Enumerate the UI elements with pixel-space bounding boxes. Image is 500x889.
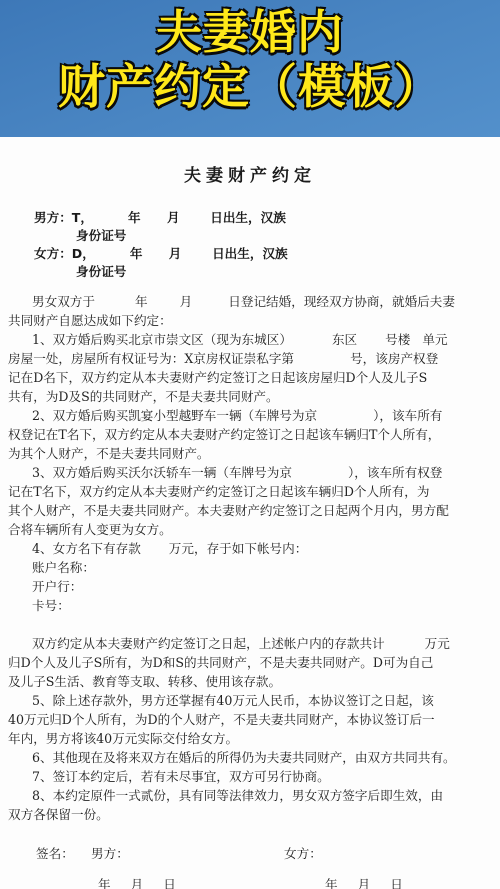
document-page: 夫妻财产约定 男方：T， 年 月 日出生，汉族 身份证号 女方：D， 年 月 日… (0, 137, 500, 889)
body-line: 2、双方婚后购买凯宴小型越野车一辆（车牌号为京 ），该车所有 (8, 408, 492, 424)
female-id-label: 身份证号 (76, 261, 126, 280)
male-party-line: 男方：T， 年 月 日出生，汉族 (34, 207, 286, 226)
female-party-line: 女方：D， 年 月 日出生，汉族 (34, 243, 288, 262)
body-line: 7、签订本约定后，若有未尽事宜，双方可另行协商。 (8, 769, 492, 785)
body-line: 共有，为D及S的共同财产，不是夫妻共同财产。 (8, 389, 492, 405)
body-line: 及儿子S生活、教育等支取、转移、使用该存款。 (8, 674, 492, 690)
female-signature-field: 女方： (284, 843, 322, 862)
body-line: 卡号： (8, 598, 492, 614)
body-line: 账户名称： (8, 560, 492, 576)
female-signature-date: 年 月 日 (325, 874, 403, 889)
body-line: 权登记在T名下，双方约定从本夫妻财产约定签订之日起该车辆归T个人所有， (8, 427, 492, 443)
male-signature-field: 男方： (91, 843, 129, 862)
body-line: 归D个人及儿子S所有，为D和S的共同财产，不是夫妻共同财产。D可为自己 (8, 655, 492, 671)
body-line: 共同财产自愿达成如下约定： (8, 313, 492, 329)
body-line: 4、女方名下有存款 万元，存于如下帐号内： (8, 541, 492, 557)
body-line: 5、除上述存款外，男方还掌握有40万元人民币，本协议签订之日起，该 (8, 693, 492, 709)
body-line: 双方各保留一份。 (8, 807, 492, 823)
body-line: 8、本约定原件一式贰份，具有同等法律效力，男女双方签字后即生效，由 (8, 788, 492, 804)
signature-label: 签名： (36, 843, 74, 862)
body-line: 开户行： (8, 579, 492, 595)
document-title: 夫妻财产约定 (0, 161, 500, 186)
body-line: 房屋一处，房屋所有权证号为：X京房权证崇私字第 号，该房产权登 (8, 351, 492, 367)
male-id-label: 身份证号 (76, 225, 126, 244)
body-line: 记在T名下，双方约定从本夫妻财产约定签订之日起该车辆归D个人所有，为 (8, 484, 492, 500)
body-line: 6、其他现在及将来双方在婚后的所得仍为夫妻共同财产，由双方共同共有。 (8, 750, 492, 766)
body-line: 为其个人财产，不是夫妻共同财产。 (8, 446, 492, 462)
body-line: 其个人财产，不是夫妻共同财产。本夫妻财产约定签订之日起两个月内，男方配 (8, 503, 492, 519)
title-banner: 夫妻婚内 财产约定（模板） (0, 0, 500, 137)
banner-title-line-2: 财产约定（模板） (0, 58, 500, 118)
body-line: 双方约定从本夫妻财产约定签订之日起，上述帐户内的存款共计 万元 (8, 636, 492, 652)
body-line: 记在D名下，双方约定从本夫妻财产约定签订之日起该房屋归D个人及儿子S (8, 370, 492, 386)
body-line: 3、双方婚后购买沃尔沃轿车一辆（车牌号为京 ），该车所有权登 (8, 465, 492, 481)
male-signature-date: 年 月 日 (98, 874, 176, 889)
body-line: 合将车辆所有人变更为女方。 (8, 522, 492, 538)
banner-title-line-1: 夫妻婚内 (0, 4, 500, 60)
body-line: 年内，男方将该40万元实际交付给女方。 (8, 731, 492, 747)
body-line: 1、双方婚后购买北京市崇文区（现为东城区） 东区 号楼 单元 (8, 332, 492, 348)
body-line: 男女双方于 年 月 日登记结婚，现经双方协商，就婚后夫妻 (8, 294, 492, 310)
body-line: 40万元归D个人所有，为D的个人财产，不是夫妻共同财产，本协议签订后一 (8, 712, 492, 728)
